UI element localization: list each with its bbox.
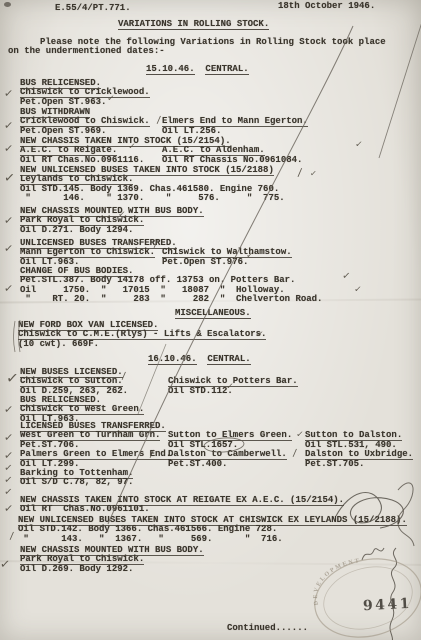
checkmark-icon: ✓ <box>342 272 351 283</box>
checkmark-icon: ✓ <box>246 252 254 262</box>
checkmark-icon: ✓ <box>3 503 13 515</box>
checkmark-icon: ✓ <box>3 88 13 100</box>
checkmark-icon: ✓ <box>107 95 115 105</box>
checkmark-icon: ✓ <box>296 431 304 441</box>
checkmark-icon: ✓ <box>3 143 13 155</box>
checkmark-icon: ✓ <box>256 331 264 341</box>
checkmark-icon: ✓ <box>3 215 13 227</box>
checkmark-icon: ✓ <box>5 370 19 386</box>
slash-mark-icon: ∕ <box>121 372 125 382</box>
slash-mark-icon: ∕ <box>297 167 302 178</box>
scanned-memo-page: E.55/4/PT.771. 18th October 1946. VARIAT… <box>0 0 421 640</box>
slash-mark-icon: ∕ <box>292 449 296 459</box>
checkmark-icon: ✓ <box>3 171 15 185</box>
checkmark-icon: ✓ <box>3 450 13 462</box>
slash-mark-icon: ∕ <box>156 116 160 126</box>
slash-mark-icon: ∕ <box>149 450 153 460</box>
slash-mark-icon: ∕ <box>9 532 13 542</box>
checkmark-icon: ✓ <box>4 488 13 499</box>
checkmark-icon: ✓ <box>3 120 13 132</box>
checkmark-icon: ✓ <box>3 404 13 416</box>
checkmark-icon: ✓ <box>118 211 126 221</box>
checkmark-icon: ✓ <box>3 283 13 295</box>
slash-mark-icon: ∕ <box>153 240 157 250</box>
checkmark-icon: ✓ <box>128 143 136 153</box>
checkmark-icon: ✓ <box>3 243 13 255</box>
checkmark-icon: ✓ <box>355 141 363 151</box>
checkmark-icon: ✓ <box>354 286 362 296</box>
checkmark-icon: ✓ <box>4 476 13 487</box>
checkmark-icon: ✓ <box>4 464 13 475</box>
checkmark-icon: ✓ <box>310 170 318 179</box>
checkmark-icon: ✓ <box>0 558 11 571</box>
pen-marks-layer: ✓✓✓∕✓✓✓✓∕✓✓✓✓∕✓✓✓✓✓✓∕✓✓✓✓✓∕∕✓✓✓✓∕✓ <box>0 0 421 640</box>
checkmark-icon: ✓ <box>3 432 13 444</box>
checkmark-icon: ✓ <box>226 383 234 393</box>
